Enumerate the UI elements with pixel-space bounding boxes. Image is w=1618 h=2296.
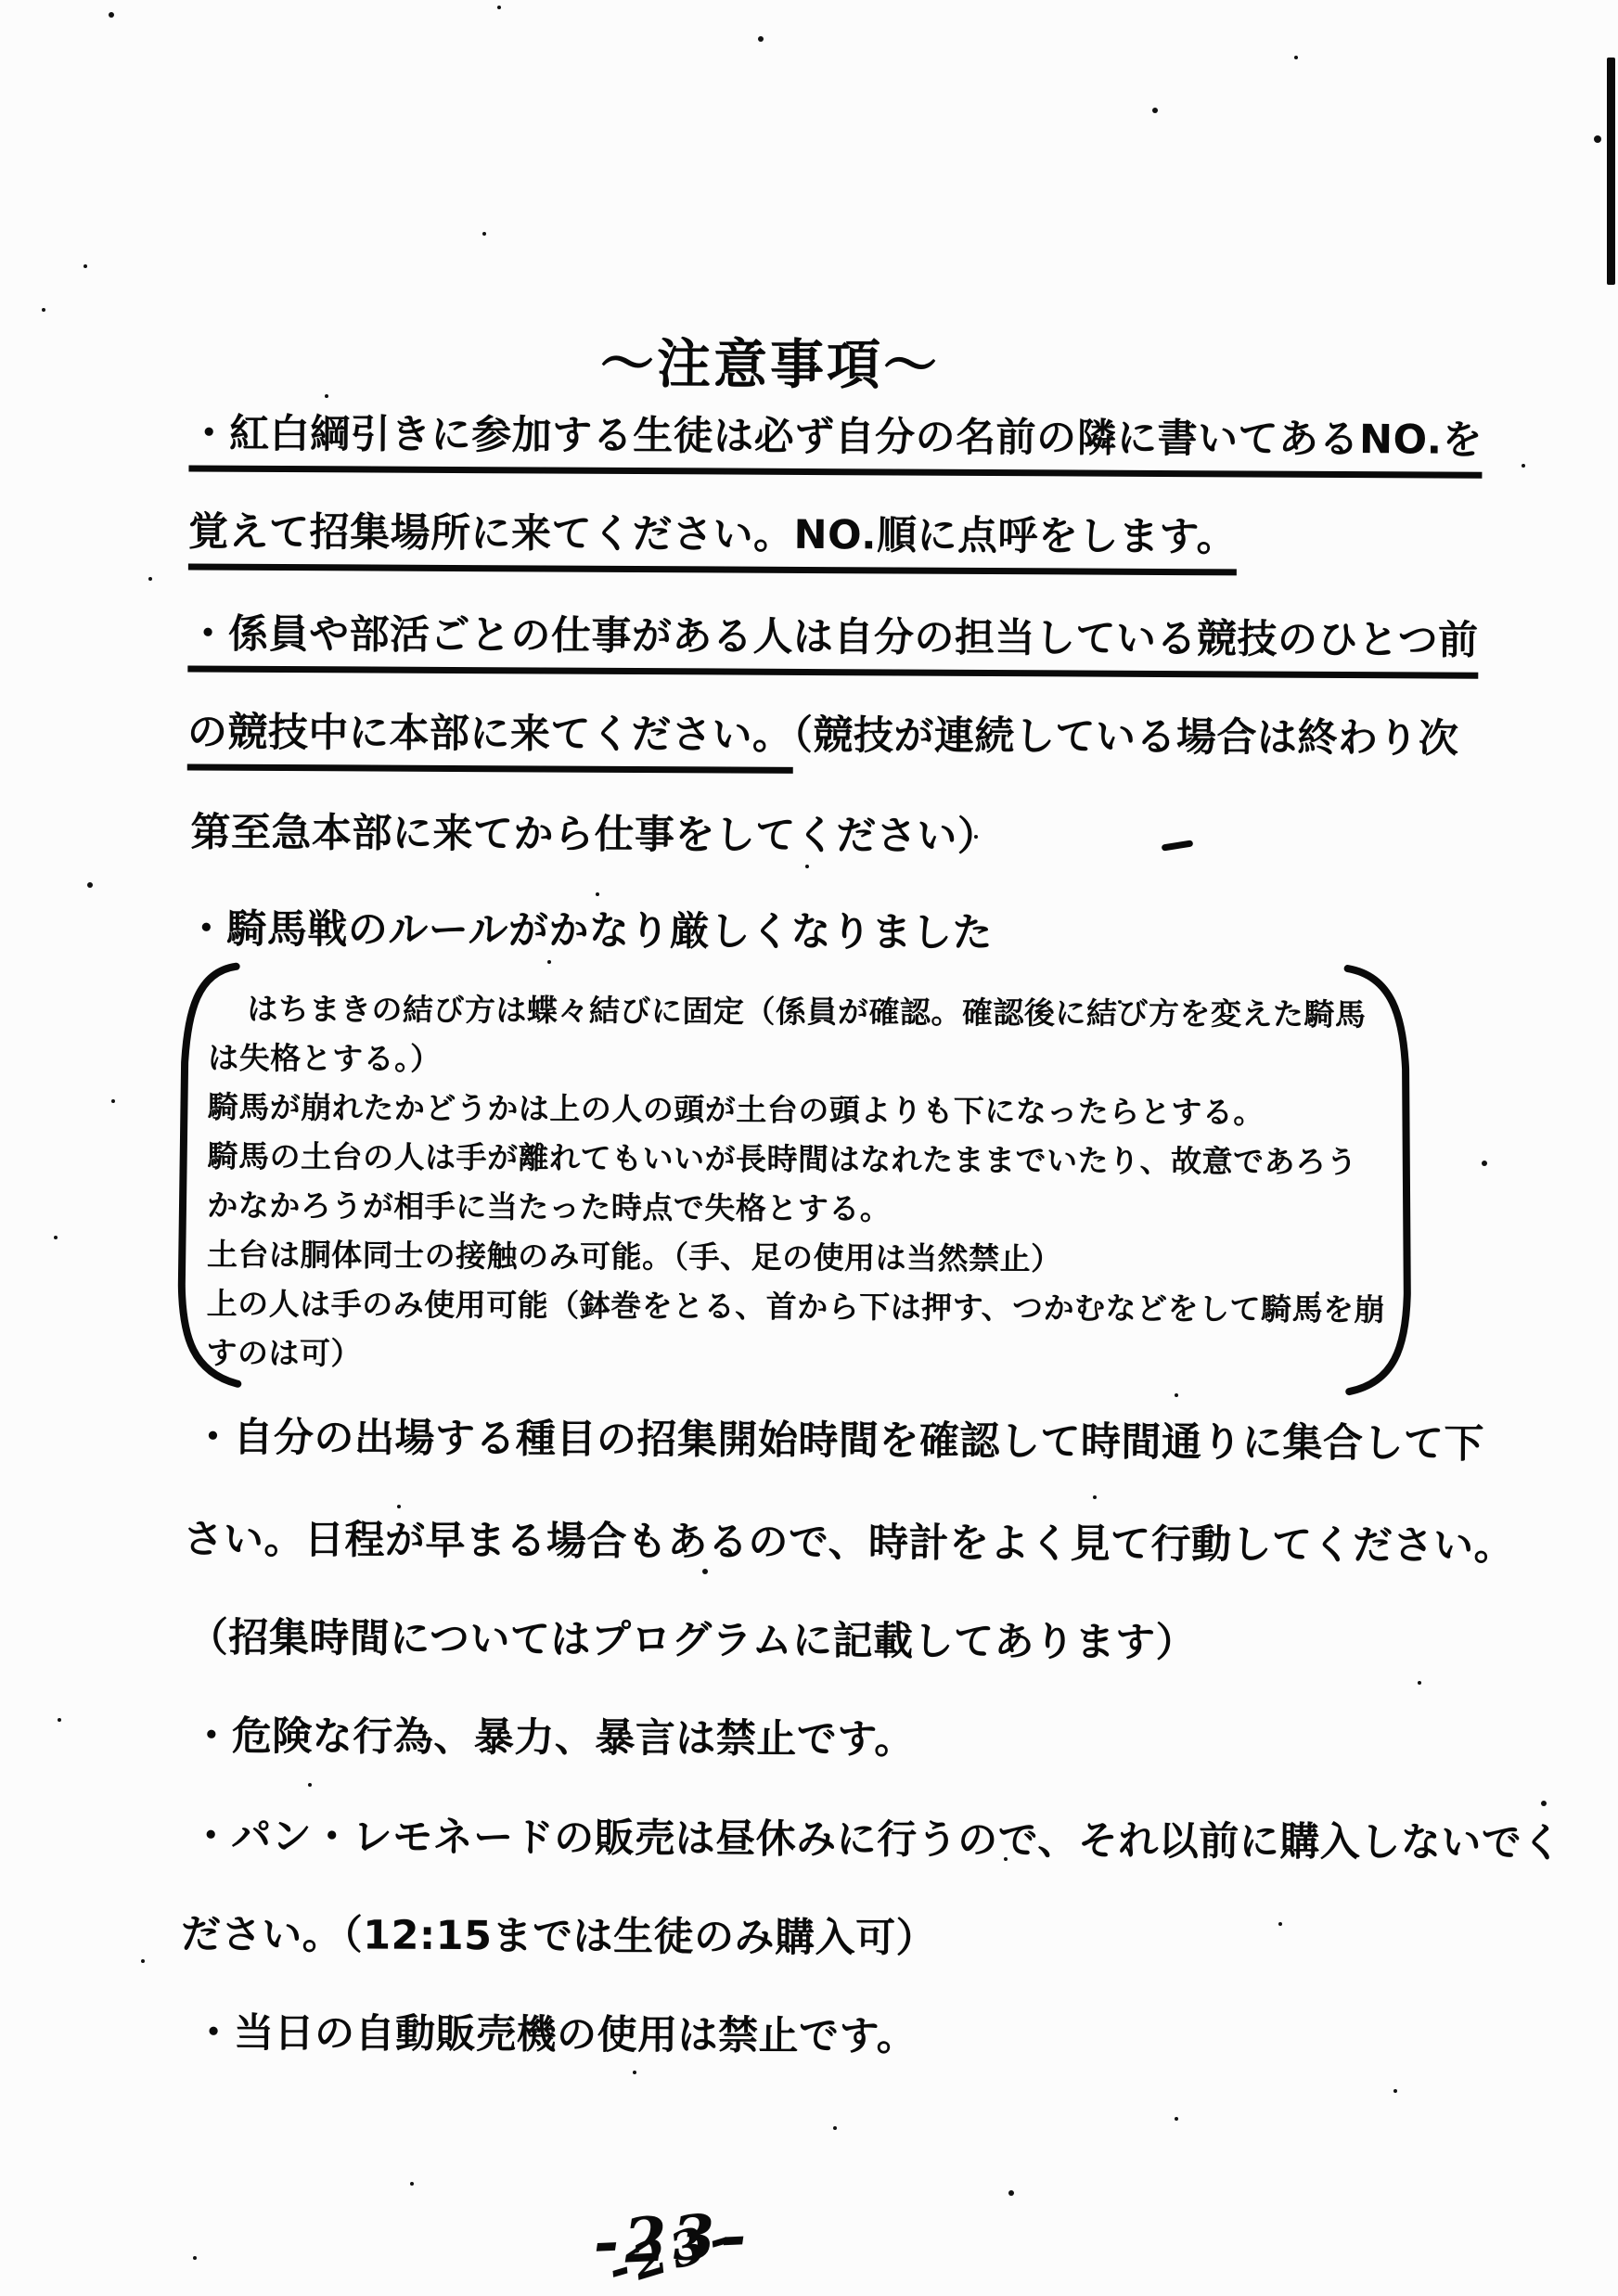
scanned-notice-sheet: ～注意事項～ ・紅白綱引きに参加する生徒は必ず自分の名前の隣に書いてあるNO.を… <box>0 0 1618 2296</box>
notice-line-staff-3: 第至急本部に来てから仕事をしてください） <box>190 802 997 863</box>
kibasen-rule-line: はちまきの結び方は蝶々結びに固定（係員が確認。確認後に結び方を変えた騎馬 <box>208 986 1387 1042</box>
kibasen-rule-line: すのは可） <box>206 1330 1385 1386</box>
notice-line-kibasen-intro: ・騎馬戦のルールがかなり厳しくなりました <box>186 897 993 958</box>
notice-line-tugofwar-1: ・紅白綱引きに参加する生徒は必ず自分の名前の隣に書いてあるNO.を <box>189 402 1483 465</box>
notice-line-staff-1: ・係員や部活ごとの仕事がある人は自分の担当している競技のひとつ前 <box>187 602 1478 665</box>
kibasen-rule-line: かなかろうが相手に当たった時点で失格とする。 <box>207 1183 1386 1238</box>
scan-edge-artifact <box>1607 58 1615 285</box>
notice-line-assembly-3: （招集時間についてはプログラムに記載してあります） <box>188 1607 1197 1669</box>
kibasen-rule-line: は失格とする。） <box>208 1035 1387 1091</box>
notice-line-staff-2: の競技中に本部に来てください。（競技が連続している場合は終わり次 <box>187 700 1459 763</box>
notice-line-vending-machine: ・当日の自動販売機の使用は禁止です。 <box>193 2002 917 2062</box>
notice-line-sales-1: ・パン・レモネードの販売は昼休みに行うので、それ以前に購入しないでく <box>191 1805 1562 1869</box>
kibasen-rules-block: はちまきの結び方は蝶々結びに固定（係員が確認。確認後に結び方を変えた騎馬 は失格… <box>206 986 1387 1386</box>
scan-noise-specks <box>0 0 4 4</box>
notice-line-prohibited-acts: ・危険な行為、暴力、暴言は禁止です。 <box>191 1705 915 1765</box>
notice-line-tugofwar-2: 覚えて招集場所に来てください。NO.順に点呼をします。 <box>188 500 1237 562</box>
kibasen-rule-line: 騎馬が崩れたかどうかは上の人の頭が土台の頭よりも下になったらとする。 <box>208 1084 1387 1140</box>
kibasen-rule-line: 騎馬の土台の人は手が離れてもいいが長時間はなれたままでいたり、故意であろう <box>207 1134 1386 1189</box>
notice-line-assembly-2: さい。日程が早まる場合もあるので、時計をよく見て行動してください。 <box>183 1507 1514 1571</box>
notice-line-sales-2: ださい。（12:15までは生徒のみ購入可） <box>181 1903 936 1963</box>
kibasen-rule-line: 上の人は手のみ使用可能（鉢巻をとる、首から下は押す、つかむなどをして騎馬を崩 <box>207 1281 1386 1337</box>
handwritten-page-number: -23- -23- <box>592 2199 753 2278</box>
kibasen-rule-line: 土台は胴体同士の接触のみ可能。（手、足の使用は当然禁止） <box>207 1232 1386 1288</box>
page-title: ～注意事項～ <box>0 316 1540 403</box>
notice-line-assembly-1: ・自分の出場する種目の招集開始時間を確認して時間通りに集合して下 <box>193 1406 1484 1469</box>
